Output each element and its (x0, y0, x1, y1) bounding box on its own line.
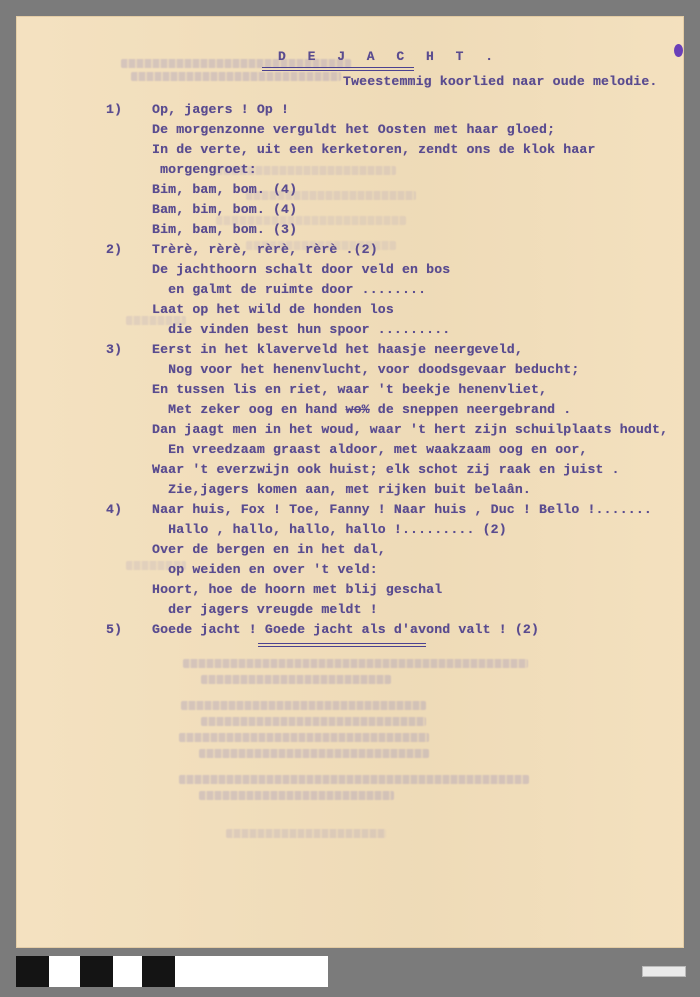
verse-line: die vinden best hun spoor ......... (152, 322, 450, 337)
verse-number: 4) (106, 502, 122, 517)
verse-line: De morgenzonne verguldt het Oosten met h… (152, 122, 555, 137)
verse-line-end: de sneppen neergebrand . (370, 402, 572, 417)
calibration-patch-white (175, 956, 328, 987)
verse-line: Goede jacht ! Goede jacht als d'avond va… (152, 622, 539, 637)
verse-line-with-correction: Met zeker oog en hand wo% de sneppen nee… (152, 402, 571, 417)
verse-line: Hallo , hallo, hallo, hallo !......... (… (152, 522, 507, 537)
calibration-patch-black (142, 956, 175, 987)
calibration-patch-white (113, 956, 142, 987)
struck-out-text: wo% (346, 402, 370, 417)
verse-line: der jagers vreugde meldt ! (152, 602, 378, 617)
verse-line: Zie,jagers komen aan, met rijken buit be… (152, 482, 531, 497)
typewritten-page: D E J A C H T . Tweestemmig koorlied naa… (16, 16, 684, 948)
verse-line: Eerst in het klaverveld het haasje neerg… (152, 342, 523, 357)
verse-line: Dan jaagt men in het woud, waar 't hert … (152, 422, 668, 437)
ink-blot (674, 44, 683, 57)
title-underline (262, 67, 414, 68)
calibration-patch-white (49, 956, 80, 987)
verse-line: Waar 't everzwijn ook huist; elk schot z… (152, 462, 620, 477)
verse-line: Laat op het wild de honden los (152, 302, 394, 317)
closing-rule (258, 646, 426, 647)
title-underline (262, 70, 414, 71)
verse-line: Nog voor het henenvlucht, voor doodsgeva… (152, 362, 579, 377)
verse-line: Bim, bam, bom. (3) (152, 222, 297, 237)
verse-line: Bim, bam, bom. (4) (152, 182, 297, 197)
verse-line: Naar huis, Fox ! Toe, Fanny ! Naar huis … (152, 502, 652, 517)
archive-label (642, 966, 686, 977)
verse-number: 5) (106, 622, 122, 637)
calibration-patch-black (16, 956, 49, 987)
verse-line: op weiden en over 't veld: (152, 562, 378, 577)
verse-number: 2) (106, 242, 122, 257)
verse-line: en galmt de ruimte door ........ (152, 282, 426, 297)
verse-line-start: Met zeker oog en hand (152, 402, 346, 417)
verse-line: De jachthoorn schalt door veld en bos (152, 262, 450, 277)
verse-line: Hoort, hoe de hoorn met blij geschal (152, 582, 442, 597)
document-title: D E J A C H T . (278, 49, 500, 64)
document-subtitle: Tweestemmig koorlied naar oude melodie. (343, 74, 658, 89)
verse-line: Op, jagers ! Op ! (152, 102, 289, 117)
calibration-patch-black (80, 956, 113, 987)
verse-line: Trèrè, rèrè, rèrè, rèrè .(2) (152, 242, 378, 257)
verse-line: En vreedzaam graast aldoor, met waakzaam… (152, 442, 587, 457)
verse-line: In de verte, uit een kerketoren, zendt o… (152, 142, 596, 157)
verse-line: Bam, bim, bom. (4) (152, 202, 297, 217)
verse-number: 3) (106, 342, 122, 357)
verse-line: morgengroet: (152, 162, 257, 177)
closing-rule (258, 643, 426, 644)
verse-line: Over de bergen en in het dal, (152, 542, 386, 557)
verse-line: En tussen lis en riet, waar 't beekje he… (152, 382, 547, 397)
verse-number: 1) (106, 102, 122, 117)
